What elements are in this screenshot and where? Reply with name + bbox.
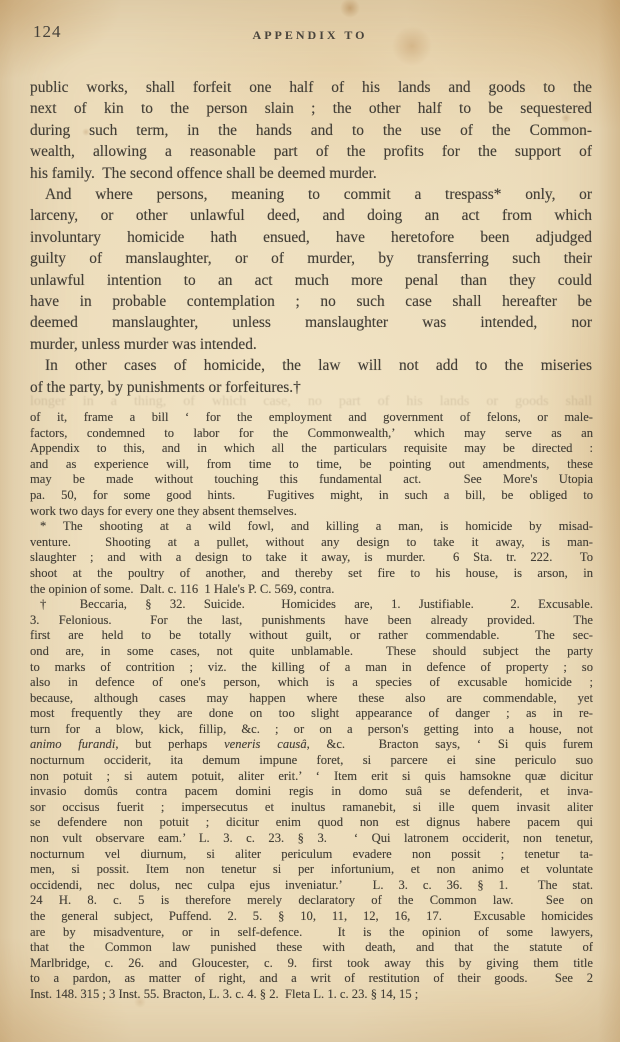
footnotes-block: of it, frame a bill ‘ for the employment… — [30, 410, 593, 1003]
text-line: Appendix to this, and in which all the p… — [30, 441, 593, 457]
footnote-paragraph: of it, frame a bill ‘ for the employment… — [30, 410, 593, 519]
text-line: Marlbridge, c. 26. and Gloucester, c. 9.… — [30, 956, 593, 972]
text-line: In other cases of homicide, the law will… — [30, 355, 592, 376]
text-line: * The shooting at a wild fowl, and killi… — [30, 519, 593, 535]
text-line: of the party, by punishments or forfeitu… — [30, 377, 592, 398]
text-line: larceny, or other unlawful deed, and doi… — [30, 205, 592, 226]
text-line: of it, frame a bill ‘ for the employment… — [30, 410, 593, 426]
text-line: because, although cases may happen where… — [30, 691, 593, 707]
text-line: And where persons, meaning to commit a t… — [30, 184, 592, 205]
footnote-paragraph: † Beccaria, § 32. Suicide. Homicides are… — [30, 597, 593, 1002]
scanned-book-page: 124 APPENDIX TO longer in a thing, of wh… — [0, 0, 620, 1042]
text-line: may be made without touching this fundam… — [30, 472, 593, 488]
text-line: the general subject, Puffend. 2. 5. § 10… — [30, 909, 593, 925]
text-line: to a pardon, as matter of right, and a w… — [30, 971, 593, 987]
text-line: are by misadventure, or in self-defence.… — [30, 925, 593, 941]
text-line: also in defence of one's person, which i… — [30, 675, 593, 691]
body-paragraph: public works, shall forfeit one half of … — [30, 77, 592, 184]
text-line: that the Common law punished these with … — [30, 940, 593, 956]
text-line: ond are, in some cases, not quite unblam… — [30, 644, 593, 660]
text-line: 24 H. 8. c. 5 is therefore merely declar… — [30, 893, 593, 909]
text-line: se defendere non potuit ; dicitur enim q… — [30, 815, 593, 831]
text-line: deemed manslaughter, unless manslaughter… — [30, 312, 592, 333]
text-line: slaughter ; and with a design to take it… — [30, 550, 593, 566]
text-line: during such term, in the hands and to th… — [30, 120, 592, 141]
text-line: his family. The second offence shall be … — [30, 163, 592, 184]
text-line: public works, shall forfeit one half of … — [30, 77, 592, 98]
text-line: wealth, allowing a reasonable part of th… — [30, 141, 592, 162]
text-line: Inst. 148. 315 ; 3 Inst. 55. Bracton, L.… — [30, 987, 593, 1003]
text-line: nocturnum occiderit, ita demum impune fo… — [30, 753, 593, 769]
text-line: non vult observare eam.’ L. 3. c. 23. § … — [30, 831, 593, 847]
text-line: to marks of contrition ; viz. the killin… — [30, 660, 593, 676]
text-line: unlawful intention to an act much more p… — [30, 270, 592, 291]
text-line: murder, unless murder was intended. — [30, 334, 592, 355]
text-line: men, si possit. Item non tenetur si per … — [30, 862, 593, 878]
text-line: and as experience will, from time to tim… — [30, 457, 593, 473]
text-line: factors, condemned to labor for the Comm… — [30, 426, 593, 442]
text-line: † Beccaria, § 32. Suicide. Homicides are… — [30, 597, 593, 613]
text-line: invasio domûs contra pacem domini regis … — [30, 784, 593, 800]
text-line: 3. Felonious. For the last, punishments … — [30, 613, 593, 629]
text-line: sor occisus fuerit ; impersecutus et inu… — [30, 800, 593, 816]
text-line: work two days for every one they absent … — [30, 504, 593, 520]
text-line: venture. Shooting at a pullet, without a… — [30, 535, 593, 551]
text-line: involuntary homicide hath ensued, have h… — [30, 227, 592, 248]
body-paragraph: And where persons, meaning to commit a t… — [30, 184, 592, 355]
text-line: shoot at the poultry of another, and the… — [30, 566, 593, 582]
footnote-paragraph: * The shooting at a wild fowl, and killi… — [30, 519, 593, 597]
text-line: nocturnum vel diurnum, si aliter pericul… — [30, 847, 593, 863]
text-line: animo furandi, but perhaps veneris causâ… — [30, 737, 593, 753]
running-head: APPENDIX TO — [0, 28, 620, 43]
text-line: next of kin to the person slain ; the ot… — [30, 98, 592, 119]
text-line: have in probable contemplation ; no such… — [30, 291, 592, 312]
text-line: occidendi, nec dolus, nec culpa ejus inv… — [30, 878, 593, 894]
text-line: pa. 50, for some good hints. Fugitives m… — [30, 488, 593, 504]
body-paragraph: In other cases of homicide, the law will… — [30, 355, 592, 398]
text-line: most frequently they are done on too sli… — [30, 706, 593, 722]
text-line: turn for a blow, kick, fillip, &c. ; or … — [30, 722, 593, 738]
text-line: non potuit ; si autem potuit, aliter eri… — [30, 769, 593, 785]
main-text-block: public works, shall forfeit one half of … — [30, 77, 592, 398]
text-line: first are held to be totally without gui… — [30, 628, 593, 644]
text-line: guilty of manslaughter, or of murder, by… — [30, 248, 592, 269]
text-line: the opinion of some. Dalt. c. 116 1 Hale… — [30, 582, 593, 598]
